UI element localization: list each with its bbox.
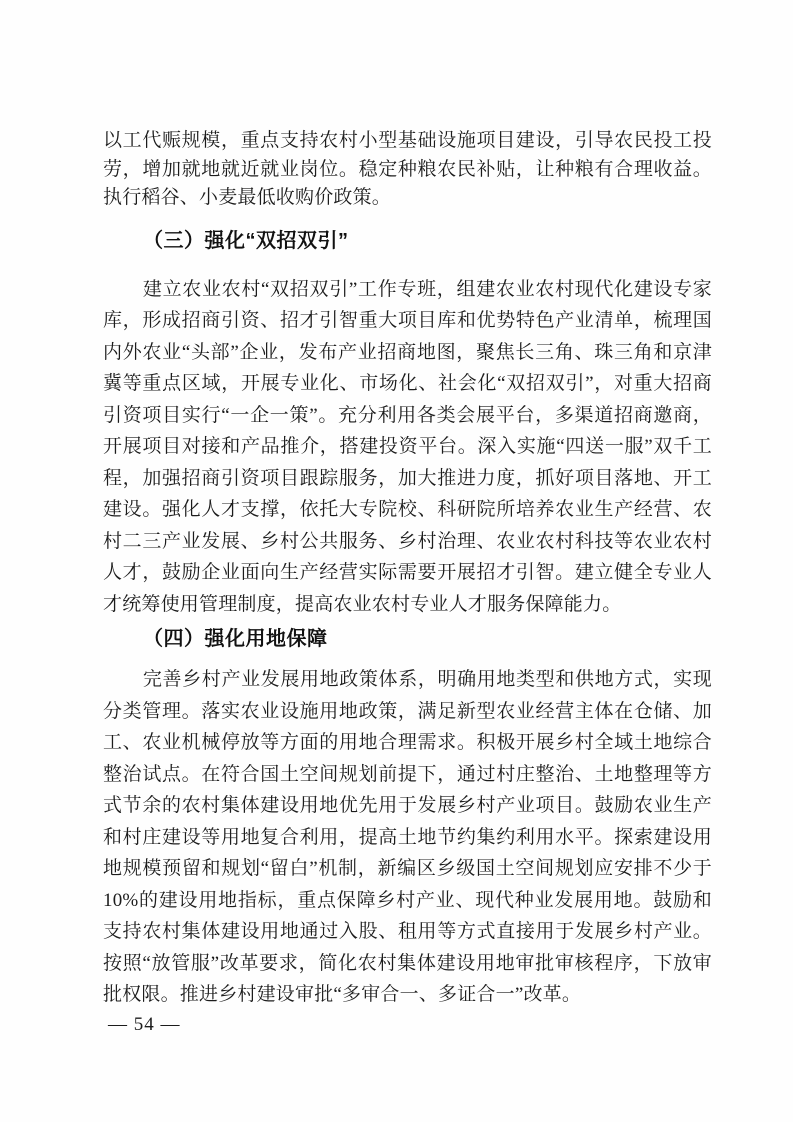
section-paragraph-four: 完善乡村产业发展用地政策体系，明确用地类型和供地方式，实现分类管理。落实农业设施… [103, 664, 712, 1011]
section-heading-four: （四）强化用地保障 [103, 624, 712, 654]
paragraph-continuation: 以工代赈规模，重点支持农村小型基础设施项目建设，引导农民投工投劳，增加就地就近就… [103, 127, 712, 213]
page-number: — 54 — [108, 1012, 181, 1038]
section-paragraph-three: 建立农业农村“双招双引”工作专班，组建农业农村现代化建设专家库，形成招商引资、招… [103, 274, 712, 621]
document-content: 以工代赈规模，重点支持农村小型基础设施项目建设，引导农民投工投劳，增加就地就近就… [103, 0, 712, 1011]
document-page: 以工代赈规模，重点支持农村小型基础设施项目建设，引导农民投工投劳，增加就地就近就… [0, 0, 793, 1122]
section-heading-three: （三）强化“双招双引” [103, 226, 712, 256]
